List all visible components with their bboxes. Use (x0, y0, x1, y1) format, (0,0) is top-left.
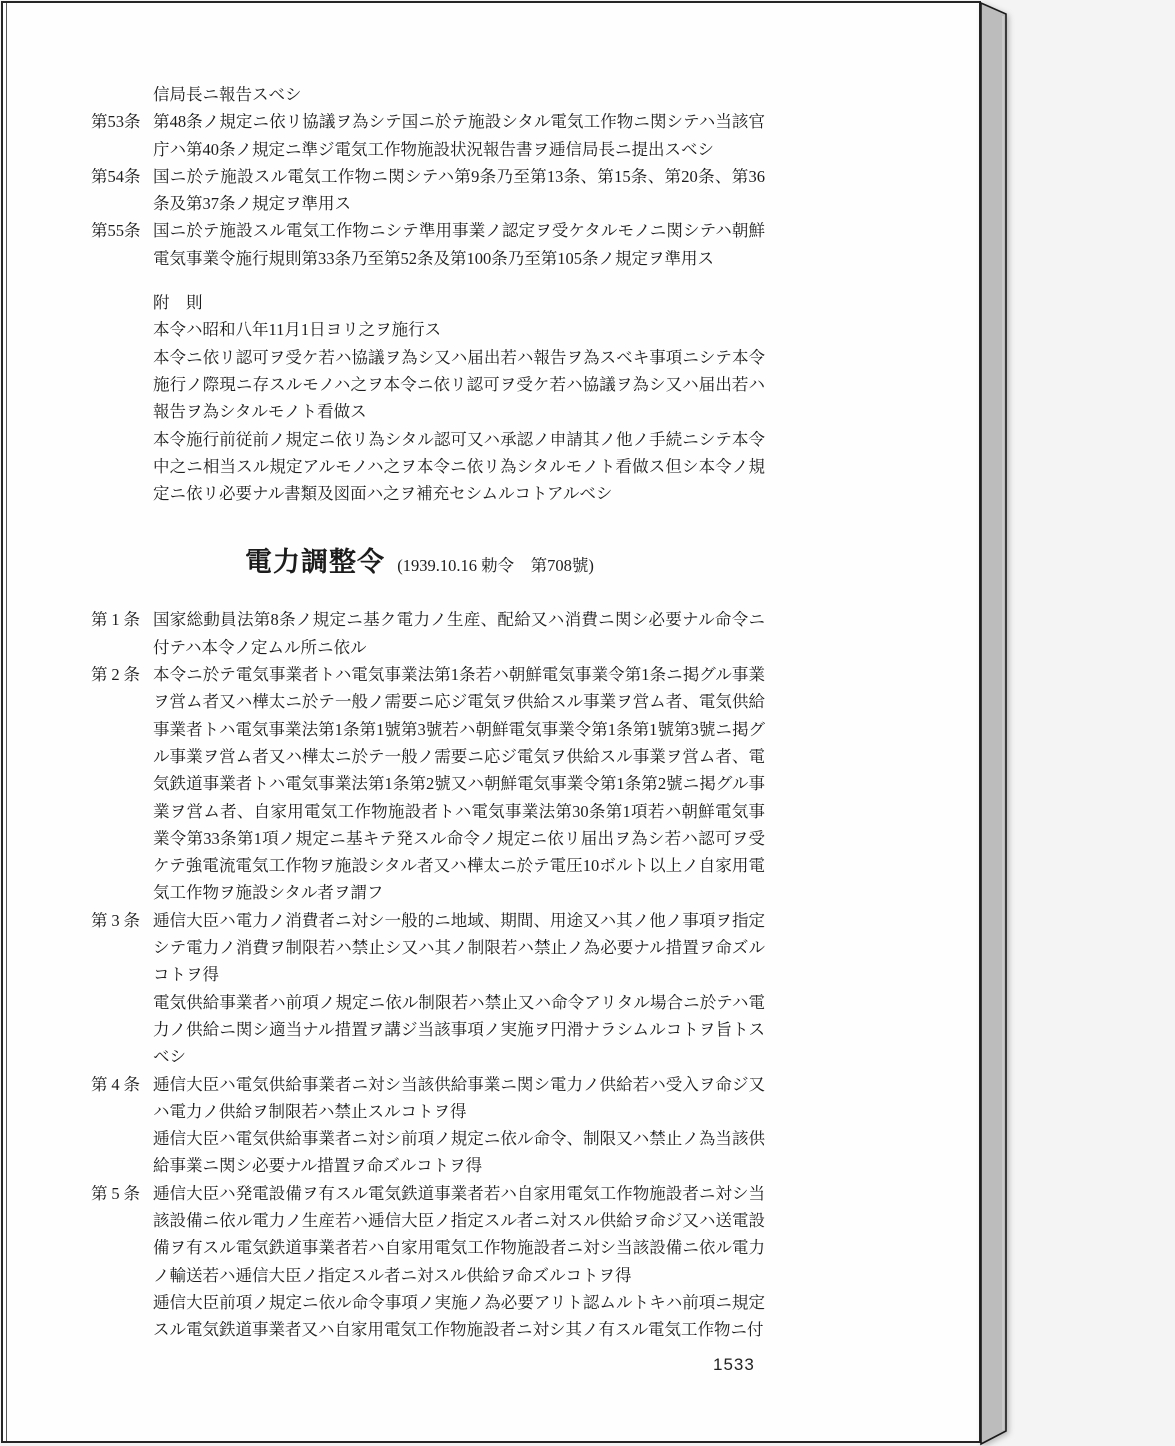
article-paragraph: 電気供給事業者ハ前項ノ規定ニ依ル制限若ハ禁止又ハ命令アリタル場合ニ於テハ電力ノ供… (153, 989, 765, 1071)
supplement-paragraph: 本令ハ昭和八年11月1日ヨリ之ヲ施行ス (153, 316, 765, 343)
article-paragraph: 本令ニ於テ電気事業者トハ電気事業法第1条若ハ朝鮮電気事業令第1条ニ掲グル事業ヲ営… (153, 661, 765, 907)
carryover-row: 信局長ニ報告スベシ (91, 81, 767, 108)
article-row-5: 第5条 逓信大臣ハ発電設備ヲ有スル電気鉄道事業者若ハ自家用電気工作物施設者ニ対シ… (91, 1180, 767, 1289)
article-number: 第55条 (91, 217, 153, 244)
supplement-paragraph-row: 本令ニ依リ認可ヲ受ケ若ハ協議ヲ為シ又ハ届出若ハ報告ヲ為スベキ事項ニシテ本令施行ノ… (91, 344, 767, 426)
supplement-paragraph: 本令ニ依リ認可ヲ受ケ若ハ協議ヲ為シ又ハ届出若ハ報告ヲ為スベキ事項ニシテ本令施行ノ… (153, 344, 765, 426)
article-number: 第4条 (91, 1071, 153, 1098)
article-row-5-para-2: 逓信大臣前項ノ規定ニ依ル命令事項ノ実施ノ為必要アリト認ムルトキハ前項ニ規定スル電… (91, 1289, 767, 1344)
article-paragraph: 逓信大臣ハ電気供給事業者ニ対シ前項ノ規定ニ依ル命令、制限又ハ禁止ノ為当該供給事業… (153, 1125, 765, 1180)
article-number: 第54条 (91, 163, 153, 190)
article-row-2: 第2条 本令ニ於テ電気事業者トハ電気事業法第1条若ハ朝鮮電気事業令第1条ニ掲グル… (91, 661, 767, 907)
law-title: 電力調整令 (245, 547, 385, 577)
article-number: 第2条 (91, 661, 153, 688)
supplement-heading: 附 則 (153, 289, 765, 316)
supplement-paragraph-row: 本令ハ昭和八年11月1日ヨリ之ヲ施行ス (91, 316, 767, 343)
article-row-3-para-2: 電気供給事業者ハ前項ノ規定ニ依ル制限若ハ禁止又ハ命令アリタル場合ニ於テハ電力ノ供… (91, 989, 767, 1071)
article-number: 第3条 (91, 907, 153, 934)
book-page: 信局長ニ報告スベシ 第53条 第48条ノ規定ニ依リ協議ヲ為シテ国ニ於テ施設シタル… (1, 1, 981, 1443)
law-articles-section: 第1条 国家総動員法第8条ノ規定ニ基ク電力ノ生産、配給又ハ消費ニ関シ必要ナル命令… (91, 606, 767, 1343)
article-paragraph: 逓信大臣ハ電力ノ消費者ニ対シ一般的ニ地域、期間、用途又ハ其ノ他ノ事項ヲ指定シテ電… (153, 907, 765, 989)
article-paragraph: 逓信大臣ハ電気供給事業者ニ対シ当該供給事業ニ関シ電力ノ供給若ハ受入ヲ命ジ又ハ電力… (153, 1071, 765, 1126)
article-paragraph: 逓信大臣前項ノ規定ニ依ル命令事項ノ実施ノ為必要アリト認ムルトキハ前項ニ規定スル電… (153, 1289, 765, 1344)
article-number: 第53条 (91, 108, 153, 135)
article-row-4: 第4条 逓信大臣ハ電気供給事業者ニ対シ当該供給事業ニ関シ電力ノ供給若ハ受入ヲ命ジ… (91, 1071, 767, 1126)
carryover-text: 信局長ニ報告スベシ (153, 81, 765, 108)
law-title-row: 電力調整令 (1939.10.16 勅令 第708號) (91, 543, 767, 584)
article-text: 国ニ於テ施設スル電気工作物ニシテ準用事業ノ認定ヲ受ケタルモノニ関シテハ朝鮮電気事… (153, 217, 765, 272)
article-row-1: 第1条 国家総動員法第8条ノ規定ニ基ク電力ノ生産、配給又ハ消費ニ関シ必要ナル命令… (91, 606, 767, 661)
article-text: 第48条ノ規定ニ依リ協議ヲ為シテ国ニ於テ施設シタル電気工作物ニ関シテハ当該官庁ハ… (153, 108, 765, 163)
page-edge-face (981, 3, 1006, 1444)
article-number: 第5条 (91, 1180, 153, 1207)
article-row-54: 第54条 国ニ於テ施設スル電気工作物ニ関シテハ第9条乃至第13条、第15条、第2… (91, 163, 767, 218)
article-row-55: 第55条 国ニ於テ施設スル電気工作物ニシテ準用事業ノ認定ヲ受ケタルモノニ関シテハ… (91, 217, 767, 272)
supplement-section: 附 則 本令ハ昭和八年11月1日ヨリ之ヲ施行ス 本令ニ依リ認可ヲ受ケ若ハ協議ヲ為… (91, 289, 767, 507)
page-text-column: 信局長ニ報告スベシ 第53条 第48条ノ規定ニ依リ協議ヲ為シテ国ニ於テ施設シタル… (91, 3, 767, 1343)
article-text: 国ニ於テ施設スル電気工作物ニ関シテハ第9条乃至第13条、第15条、第20条、第3… (153, 163, 765, 218)
article-row-53: 第53条 第48条ノ規定ニ依リ協議ヲ為シテ国ニ於テ施設シタル電気工作物ニ関シテハ… (91, 108, 767, 163)
article-row-3: 第3条 逓信大臣ハ電力ノ消費者ニ対シ一般的ニ地域、期間、用途又ハ其ノ他ノ事項ヲ指… (91, 907, 767, 989)
supplement-paragraph-row: 本令施行前従前ノ規定ニ依リ為シタル認可又ハ承認ノ申請其ノ他ノ手続ニシテ本令中之ニ… (91, 426, 767, 508)
article-paragraph: 国家総動員法第8条ノ規定ニ基ク電力ノ生産、配給又ハ消費ニ関シ必要ナル命令ニ付テハ… (153, 606, 765, 661)
article-paragraph: 逓信大臣ハ発電設備ヲ有スル電気鉄道事業者若ハ自家用電気工作物施設者ニ対シ当該設備… (153, 1180, 765, 1289)
article-row-4-para-2: 逓信大臣ハ電気供給事業者ニ対シ前項ノ規定ニ依ル命令、制限又ハ禁止ノ為当該供給事業… (91, 1125, 767, 1180)
supplement-heading-row: 附 則 (91, 289, 767, 316)
law-title-note: (1939.10.16 勅令 第708號) (397, 556, 594, 575)
article-number: 第1条 (91, 606, 153, 633)
page-number: 1533 (713, 1355, 755, 1375)
supplement-paragraph: 本令施行前従前ノ規定ニ依リ為シタル認可又ハ承認ノ申請其ノ他ノ手続ニシテ本令中之ニ… (153, 426, 765, 508)
